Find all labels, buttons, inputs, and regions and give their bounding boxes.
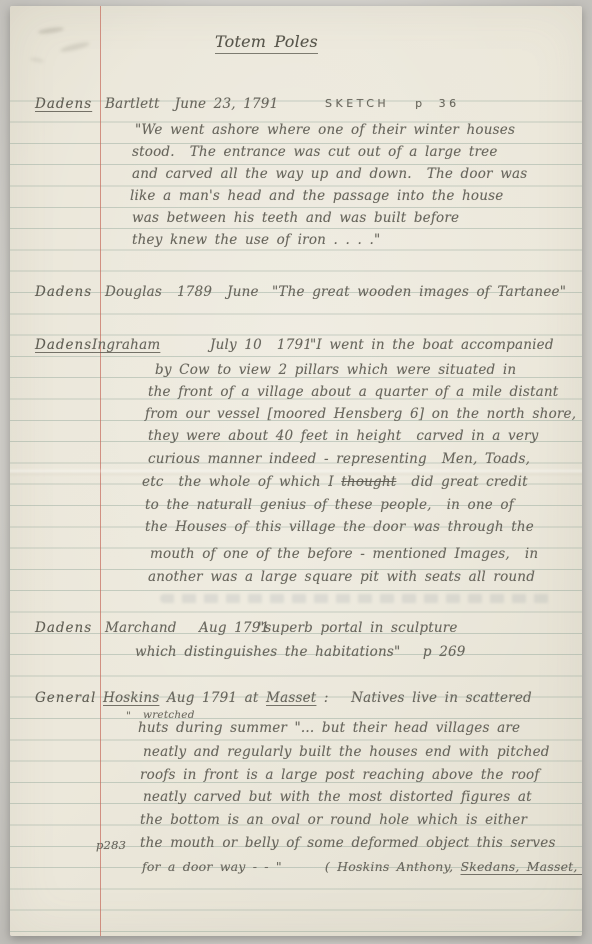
page-title: Totem Poles [215,32,318,54]
quote-line: roofs in front is a large post reaching … [140,765,540,785]
pencil-smudge [38,26,64,35]
quote-line: from our vessel [moored Hensberg 6] on t… [145,404,576,424]
quote-line: which distinguishes the habitations" p 2… [135,642,466,662]
erased-line [160,594,555,603]
entry-location: Dadens [35,94,92,114]
sketch-annotation: SKETCH p 36 [325,94,460,114]
page-reference: p283 [96,835,126,855]
quote-line: the mouth or belly of some deformed obje… [140,833,556,853]
place-name: Masset [266,690,316,706]
entry-location: General [35,688,96,708]
quote-line: they were about 40 feet in height carved… [148,426,539,446]
quote-line: mouth of one of the before - mentioned I… [150,544,538,564]
pencil-smudge [60,40,91,53]
entry-heading: Bartlett June 23, 1791 [105,94,278,114]
insert-quote-mark: " [126,706,131,726]
quote-line-with-strikethrough: etc the whole of which I thought did gre… [142,472,528,492]
entry-date: July 10 1791 [210,335,312,355]
quote-line: the front of a village about a quarter o… [148,382,558,402]
entry-author: Ingraham [92,335,160,355]
quote-line: curious manner indeed - representing Men… [148,449,530,469]
entry-location: Dadens [35,618,92,638]
quote-line: to the naturall genius of these people, … [145,495,514,515]
quote-line: huts during summer "... but their head v… [138,718,520,738]
quote-line: was between his teeth and was built befo… [132,208,459,228]
heading-tail: : Natives live in scattered [316,690,531,706]
quote-line: neatly and regularly built the houses en… [143,742,550,762]
quote-line: they knew the use of iron . . . ." [132,230,380,250]
quote-line: "superb portal in sculpture [258,618,458,638]
quote-line: neatly carved but with the most distorte… [143,787,532,807]
quote-line: another was a large square pit with seat… [148,567,535,587]
quote-line: stood. The entrance was cut out of a lar… [132,142,498,162]
line-post: did great credit [396,474,527,490]
quote-line: by Cow to view 2 pillars which were situ… [155,360,516,380]
struck-word: thought [341,474,396,490]
quote-line: and carved all the way up and down. The … [132,164,527,184]
entry-author: Hoskins [103,690,159,706]
entry-heading: Marchand Aug 1791 [105,618,269,638]
closing-pre: for a door way - - " ( Hoskins Anthony, [142,859,460,874]
entry-location: Dadens [35,282,92,302]
heading-mid: Aug 1791 at [159,690,266,706]
quote-line: the bottom is an oval or round hole whic… [140,810,527,830]
notebook-page: Totem Poles Dadens Bartlett June 23, 179… [10,6,582,936]
entry-location: Dadens [35,335,92,355]
quote-line: "I went in the boat accompanied [310,335,554,355]
quote-line: the Houses of this village the door was … [145,517,534,537]
quote-line: "We went ashore where one of their winte… [135,120,515,140]
quote-line: "The great wooden images of Tartanee" [272,282,566,302]
closing-line: for a door way - - " ( Hoskins Anthony, … [142,857,582,877]
quote-line: like a man's head and the passage into t… [130,186,503,206]
closing-places: Skedans, Masset, Dadens [460,859,582,874]
pencil-smudge [30,57,44,63]
line-pre: etc the whole of which I [142,474,341,490]
entry-heading: Douglas 1789 June [105,282,259,302]
